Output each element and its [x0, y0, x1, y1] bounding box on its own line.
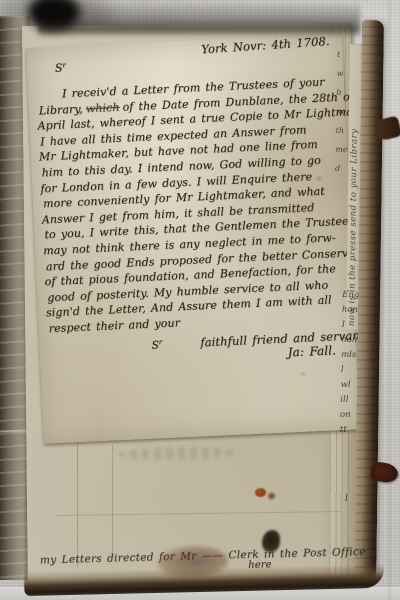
- edge-fragment: ne: [336, 107, 349, 117]
- closing-superscript: r: [159, 338, 163, 346]
- foxing-spot: [300, 372, 306, 376]
- red-ink-stain: [255, 488, 266, 497]
- photograph-of-bound-letter: York Novr: 4th 1708. Sr I receiv'd a Let…: [0, 0, 400, 600]
- paper-crease: [77, 443, 78, 567]
- letter-sheet: York Novr: 4th 1708. Sr I receiv'd a Let…: [26, 34, 360, 444]
- foxing-spot: [84, 296, 89, 300]
- edge-fragment: me: [335, 145, 348, 155]
- edge-fragment: t: [337, 50, 350, 60]
- paper-crease: [112, 445, 113, 557]
- fabric-fold: [388, 0, 391, 600]
- edge-fragment: l: [345, 494, 348, 504]
- edge-fragment: b: [336, 88, 349, 98]
- closing-prefix: Sr: [151, 339, 162, 351]
- edge-fragment: d: [335, 164, 348, 174]
- struck-word: which: [86, 100, 120, 115]
- edge-fragment: th: [336, 126, 349, 136]
- salutation-superscript: r: [62, 61, 66, 69]
- foxing-spot: [316, 176, 323, 181]
- letter-salutation: Sr: [55, 61, 67, 74]
- letter-body: I receiv'd a Letter from the Trustees of…: [36, 74, 355, 370]
- line-segment: Library,: [39, 102, 84, 117]
- fore-edge-fragments-top: t w b ne th me d: [335, 50, 349, 174]
- red-ink-stain: [267, 492, 276, 500]
- edge-fragment: w: [337, 69, 350, 79]
- cloth-shadow-band: [38, 0, 360, 36]
